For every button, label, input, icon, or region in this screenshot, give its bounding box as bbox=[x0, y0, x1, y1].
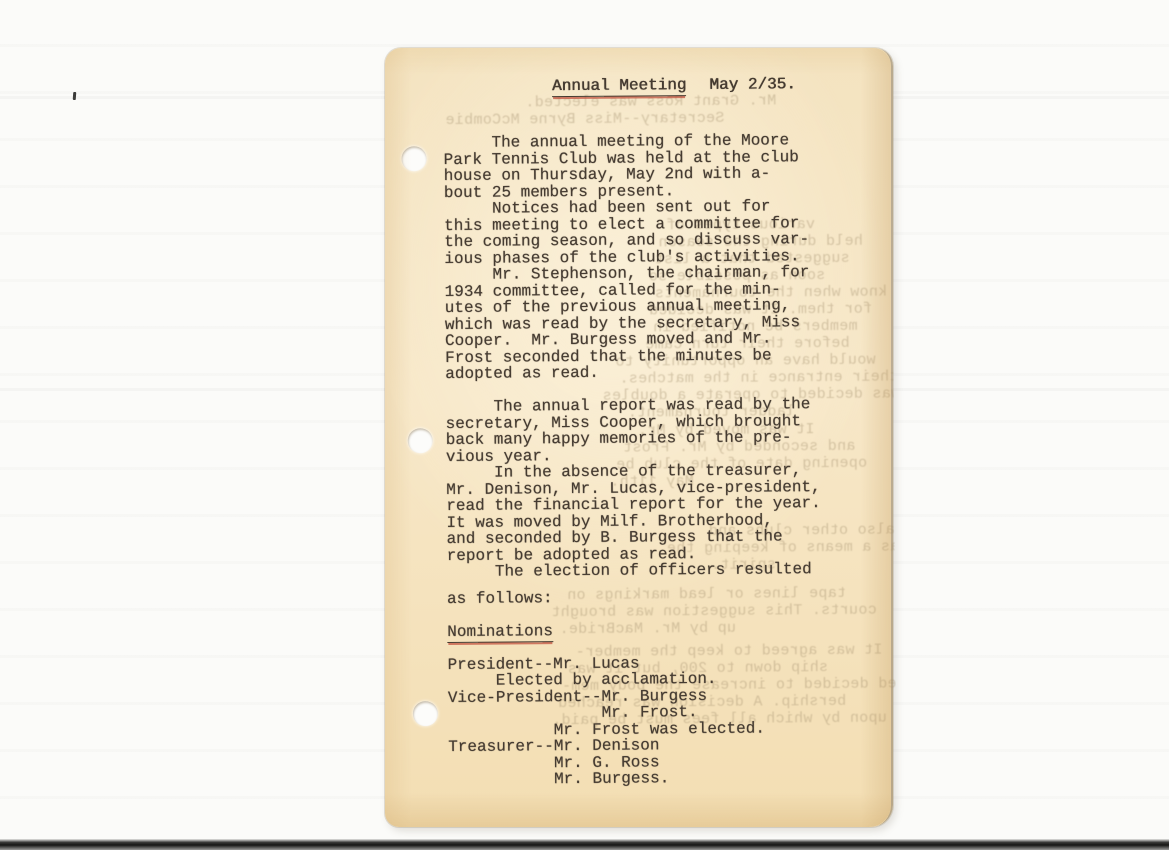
document-date: May 2/35. bbox=[709, 75, 796, 94]
typewritten-body: The annual meeting of the MoorePark Tenn… bbox=[443, 132, 848, 789]
section-heading: Nominations bbox=[447, 622, 553, 643]
punch-hole bbox=[401, 146, 426, 171]
paper-sheet: Mr. Grant Ross was elected.Secretary--Mi… bbox=[385, 48, 893, 827]
scanned-document-page: Mr. Grant Ross was elected.Secretary--Mi… bbox=[0, 0, 1169, 850]
punch-hole bbox=[408, 428, 433, 453]
paper-surface: Mr. Grant Ross was elected.Secretary--Mi… bbox=[385, 44, 897, 827]
scanner-edge-band bbox=[0, 839, 1169, 850]
document-title-row: Annual MeetingMay 2/35. bbox=[552, 75, 796, 95]
typewritten-line: Mr. Burgess. bbox=[448, 769, 848, 789]
typewritten-line: The election of officers resulted bbox=[447, 561, 847, 581]
punch-hole bbox=[413, 701, 438, 726]
document-title: Annual Meeting bbox=[552, 76, 687, 97]
bleedthrough-text-line: Secretary--Miss Byrne McCombie bbox=[445, 111, 724, 129]
typewritten-line: back many happy memories of the pre- bbox=[446, 429, 846, 449]
